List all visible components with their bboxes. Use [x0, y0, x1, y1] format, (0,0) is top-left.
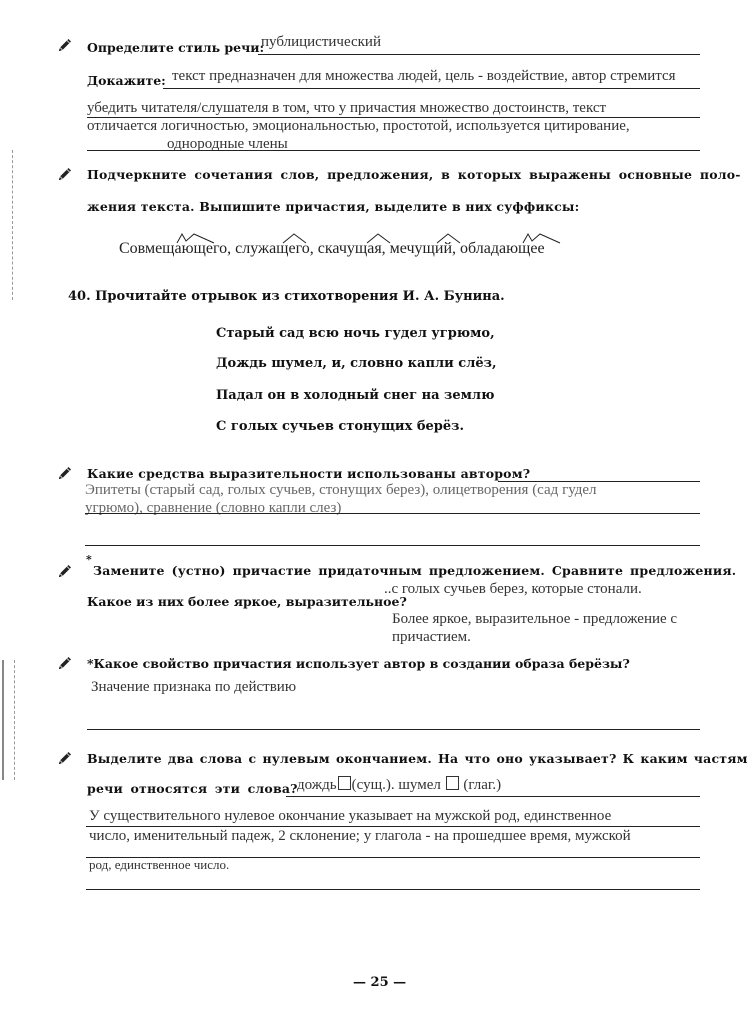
question-null-ending: Выделите два слова с нулевым окончанием.… [87, 751, 700, 766]
suffix-arc-mark [436, 232, 462, 244]
prove-answer-line-3: отличается логичностью, эмоциональностью… [87, 118, 630, 135]
task-text-line-2: жения текста. Выпишите причастия, выдели… [87, 199, 579, 214]
pencil-icon [57, 750, 73, 766]
null-ending-answer-line-2: число, именительный падеж, 2 склонение; … [89, 828, 631, 845]
answer-line [85, 513, 700, 514]
answer-line [258, 54, 700, 55]
question-participle-property: *Какое свойство причастия использует авт… [87, 656, 630, 671]
replace-answer-line-2: Более яркое, выразительное - предложение… [392, 611, 677, 628]
pencil-icon [57, 37, 73, 53]
prove-answer-line-1: текст предназначен для множества людей, … [172, 68, 676, 85]
prove-answer-line-2: убедить читателя/слушателя в том, что у … [87, 100, 606, 117]
scan-margin-line [2, 660, 4, 780]
exercise-40-title: 40. Прочитайте отрывок из стихотворения … [68, 289, 505, 304]
answer-line [87, 150, 700, 151]
null-ending-answer-line-3: род, единственное число. [89, 857, 229, 873]
empty-box-icon [338, 776, 351, 790]
property-answer: Значение признака по действию [91, 679, 296, 696]
expressive-answer-line-2: угрюмо), сравнение (словно капли слез) [85, 500, 341, 517]
poem-line-4: С голых сучьев стонущих берёз. [216, 419, 464, 434]
question-expressive-means: Какие средства выразительности использов… [87, 466, 530, 481]
expressive-answer-line-1: Эпитеты (старый сад, голых сучьев, стону… [85, 482, 597, 499]
poem-line-3: Падал он в холодный снег на землю [216, 388, 494, 403]
suffix-arc-mark [366, 232, 392, 244]
poem-line-1: Старый сад всю ночь гудел угрюмо, [216, 326, 495, 341]
poem-line-2: Дождь шумел, и, словно капли слёз, [216, 356, 496, 371]
answer-line [87, 729, 700, 730]
pencil-icon [57, 563, 73, 579]
suffix-arc-mark [282, 232, 308, 244]
question-which-brighter: Какое из них более яркое, выразительное? [87, 594, 407, 609]
word-rain: дождь [297, 777, 337, 793]
suffix-arc-mark [176, 232, 218, 244]
null-ending-inline-answer: дождь(сущ.). шумел (глаг.) [297, 776, 501, 794]
pencil-icon [57, 655, 73, 671]
pos-verb: (глаг.) [463, 777, 501, 793]
page-number: — 25 — [353, 975, 406, 990]
null-ending-answer-line-1: У существительного нулевое окончание ука… [89, 808, 611, 825]
question-replace-participle: Замените (устно) причастие придаточным п… [93, 563, 700, 578]
style-label: Определите стиль речи: [87, 40, 264, 55]
answer-line [286, 796, 700, 797]
answer-line [85, 545, 700, 546]
empty-box-icon [446, 776, 459, 790]
replace-answer-line-1: ..с голых сучьев берез, которые стонали. [384, 581, 642, 598]
prove-label: Докажите: [87, 73, 166, 88]
scan-margin-line [14, 660, 15, 780]
pos-noun-and-verb: (сущ.). шумел [352, 777, 441, 793]
pencil-icon [57, 465, 73, 481]
question-parts-of-speech: речи относятся эти слова? [87, 781, 298, 796]
pencil-icon [57, 166, 73, 182]
scan-margin-line [12, 150, 13, 300]
style-answer: публицистический [261, 34, 381, 51]
task-text-line-1: Подчеркните сочетания слов, предложения,… [87, 167, 701, 182]
answer-line [86, 889, 700, 890]
suffix-arc-mark [522, 232, 564, 244]
answer-line [163, 88, 700, 89]
replace-answer-line-3: причастием. [392, 629, 471, 646]
asterisk: * [86, 553, 92, 566]
answer-line [86, 826, 700, 827]
